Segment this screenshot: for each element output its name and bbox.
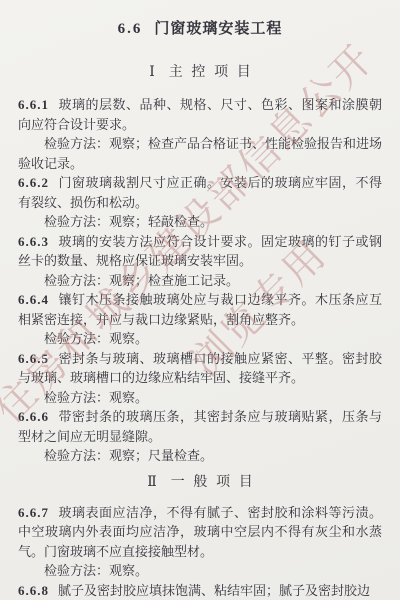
clause-paragraph: 6.6.8腻子及密封胶应填抹饱满、粘结牢固；腻子及密封胶边: [18, 581, 382, 600]
clause-text: 玻璃的层数、品种、规格、尺寸、色彩、图案和涂膜朝向应符合设计要求。: [18, 97, 382, 132]
clause-text: 玻璃的安装方法应符合设计要求。固定玻璃的钉子或钢丝卡的数量、规格应保证玻璃安装牢…: [18, 234, 382, 269]
clause-text: 腻子及密封胶应填抹饱满、粘结牢固；腻子及密封胶边: [58, 583, 370, 598]
title-text: 门窗玻璃安装工程: [154, 21, 282, 37]
page-title: 6.6门窗玻璃安装工程: [18, 20, 382, 38]
inspection-method-line: 检验方法：观察。: [18, 561, 382, 581]
inspection-method-line: 检验方法：观察；尺量检查。: [18, 446, 382, 466]
clause-paragraph: 6.6.6带密封条的玻璃压条，其密封条应与玻璃贴紧，压条与型材之间应无明显缝隙。: [18, 407, 382, 446]
document-body: Ⅰ主控项目6.6.1玻璃的层数、品种、规格、尺寸、色彩、图案和涂膜朝向应符合设计…: [18, 64, 382, 600]
section-numeral: Ⅰ: [149, 65, 155, 80]
section-numeral: Ⅱ: [147, 475, 157, 490]
clause-paragraph: 6.6.2门窗玻璃裁割尺寸应正确。安装后的玻璃应牢固，不得有裂纹、损伤和松动。: [18, 173, 382, 212]
inspection-method-line: 检验方法：观察；轻敲检查。: [18, 212, 382, 232]
clause-text: 门窗玻璃裁割尺寸应正确。安装后的玻璃应牢固，不得有裂纹、损伤和松动。: [18, 175, 382, 210]
clause-paragraph: 6.6.3玻璃的安装方法应符合设计要求。固定玻璃的钉子或钢丝卡的数量、规格应保证…: [18, 232, 382, 271]
page-content: 6.6门窗玻璃安装工程 Ⅰ主控项目6.6.1玻璃的层数、品种、规格、尺寸、色彩、…: [0, 0, 400, 600]
document-page: 住房和城乡建设部信息公开 浏览专用 6.6门窗玻璃安装工程 Ⅰ主控项目6.6.1…: [0, 0, 400, 600]
inspection-method-line: 检验方法：观察；检查产品合格证书、性能检验报告和进场验收记录。: [18, 134, 382, 173]
clause-number: 6.6.2: [18, 175, 49, 190]
title-section-number: 6.6: [118, 21, 143, 37]
section-heading: Ⅱ一般项目: [18, 474, 382, 492]
inspection-method-line: 检验方法：观察。: [18, 388, 382, 408]
clause-number: 6.6.8: [18, 583, 49, 598]
clause-text: 玻璃表面应洁净，不得有腻子、密封胶和涂料等污渍。中空玻璃内外表面均应洁净，玻璃中…: [18, 505, 382, 559]
clause-number: 6.6.6: [18, 409, 49, 424]
clause-text: 密封条与玻璃、玻璃槽口的接触应紧密、平整。密封胶与玻璃、玻璃槽口的边缘应粘结牢固…: [18, 351, 382, 386]
clause-number: 6.6.5: [18, 351, 49, 366]
inspection-method-line: 检验方法：观察。: [18, 329, 382, 349]
clause-paragraph: 6.6.1玻璃的层数、品种、规格、尺寸、色彩、图案和涂膜朝向应符合设计要求。: [18, 95, 382, 134]
section-label: 主控项目: [169, 65, 260, 80]
inspection-method-line: 检验方法：观察；检查施工记录。: [18, 271, 382, 291]
clause-text: 镶钉木压条接触玻璃处应与裁口边缘平齐。木压条应互相紧密连接，并应与裁口边缘紧贴，…: [18, 292, 382, 327]
clause-number: 6.6.7: [18, 505, 49, 520]
section-heading: Ⅰ主控项目: [18, 64, 382, 82]
section-label: 一般项目: [171, 475, 262, 490]
clause-number: 6.6.3: [18, 234, 49, 249]
clause-paragraph: 6.6.4镶钉木压条接触玻璃处应与裁口边缘平齐。木压条应互相紧密连接，并应与裁口…: [18, 290, 382, 329]
clause-paragraph: 6.6.5密封条与玻璃、玻璃槽口的接触应紧密、平整。密封胶与玻璃、玻璃槽口的边缘…: [18, 349, 382, 388]
clause-number: 6.6.1: [18, 97, 49, 112]
clause-paragraph: 6.6.7玻璃表面应洁净，不得有腻子、密封胶和涂料等污渍。中空玻璃内外表面均应洁…: [18, 503, 382, 562]
clause-number: 6.6.4: [18, 292, 49, 307]
clause-text: 带密封条的玻璃压条，其密封条应与玻璃贴紧，压条与型材之间应无明显缝隙。: [18, 409, 382, 444]
